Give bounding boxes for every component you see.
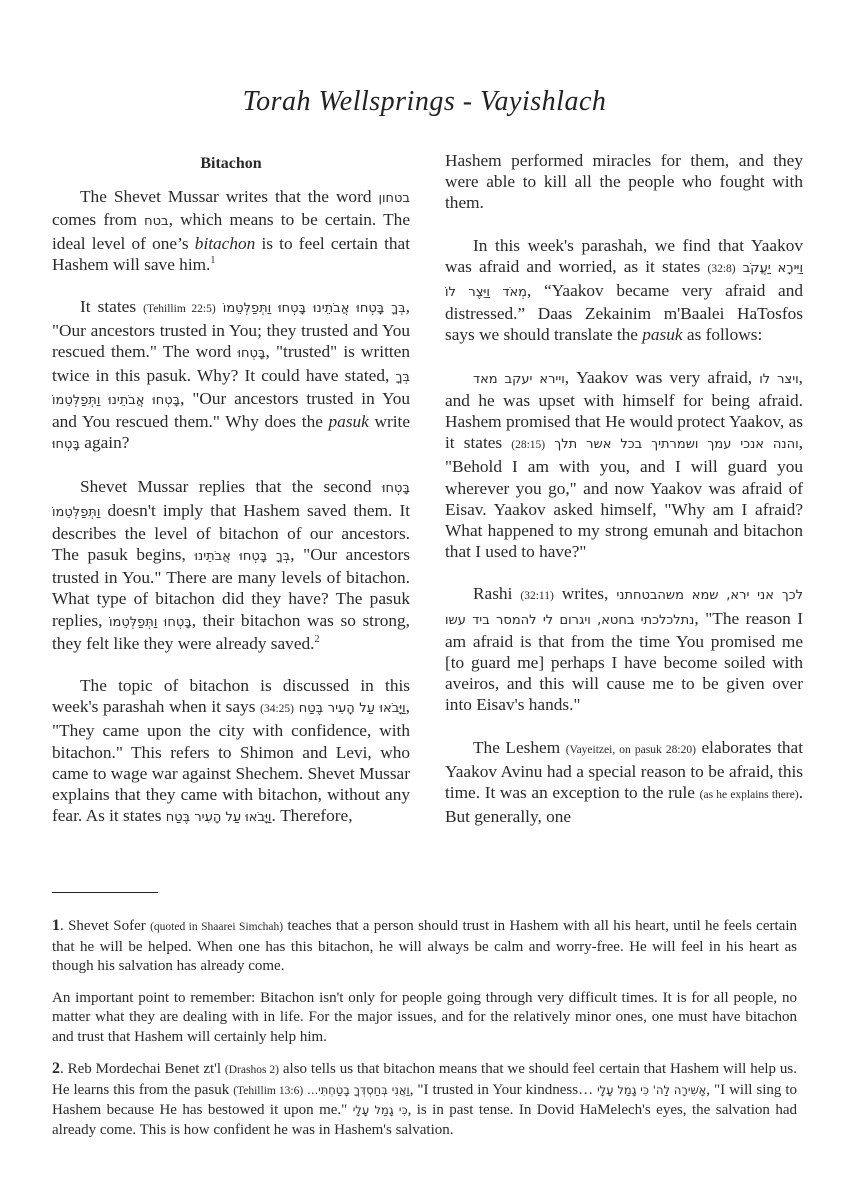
hebrew-text: בטח bbox=[144, 214, 168, 229]
paragraph-shevet-mussar-intro: The Shevet Mussar writes that the word ב… bbox=[52, 186, 410, 275]
hebrew-text: אָשִׁירָה לַה' כִּי גָמַל עָלָי bbox=[597, 1083, 706, 1097]
footnote-1: 1. Shevet Sofer (quoted in Shaarei Simch… bbox=[52, 916, 797, 977]
hebrew-text: בָּטְחוּ bbox=[52, 437, 80, 452]
paragraph-shimon-levi: The topic of bitachon is discussed in th… bbox=[52, 675, 410, 828]
text: , "I trusted in Your kindness… bbox=[410, 1082, 597, 1098]
paragraph-shevet-mussar-reply: Shevet Mussar replies that the second בָ… bbox=[52, 476, 410, 654]
text: write bbox=[369, 412, 410, 431]
hebrew-text: בטחון bbox=[378, 191, 410, 206]
text: Shevet Mussar replies that the second bbox=[80, 477, 382, 496]
text: , "They came upon the city with confiden… bbox=[52, 697, 410, 825]
source-citation: (as he explains there) bbox=[700, 789, 799, 801]
source-citation: (32:11) bbox=[520, 590, 553, 602]
source-citation: (32:8) bbox=[708, 263, 736, 275]
text: , Yaakov was very afraid, bbox=[565, 368, 759, 387]
paragraph-rashi: Rashi (32:11) writes, לכך אני ירא, שמא מ… bbox=[445, 583, 803, 715]
paragraph-yaakov-afraid: In this week's parashah, we find that Ya… bbox=[445, 235, 803, 346]
text: The Shevet Mussar writes that the word bbox=[80, 187, 378, 206]
right-column: Hashem performed miracles for them, and … bbox=[445, 150, 803, 848]
hebrew-text: ויצר לו bbox=[759, 372, 798, 387]
italic-term: pasuk bbox=[329, 412, 369, 431]
hebrew-text: והנה אנכי עמך ושמרתיך בכל אשר תלך bbox=[554, 437, 798, 452]
text: The Leshem bbox=[473, 738, 566, 757]
footnote-number: 1 bbox=[52, 917, 60, 934]
footnote-divider bbox=[52, 892, 158, 893]
left-column: Bitachon The Shevet Mussar writes that t… bbox=[52, 150, 410, 849]
text: . Shevet Sofer bbox=[60, 918, 150, 934]
hebrew-text: בְּךָ בָּטְחוּ אֲבֹתֵינוּ בָּטְחוּ וַתְּ… bbox=[223, 301, 406, 316]
text: . Reb Mordechai Benet zt'l bbox=[60, 1061, 225, 1077]
section-heading: Bitachon bbox=[52, 153, 410, 174]
hebrew-text: וַיָּבֹאוּ עַל הָעִיר בֶּטַח bbox=[299, 701, 406, 716]
hebrew-text: וַיָּבֹאוּ עַל הָעִיר בֶּטַח bbox=[166, 810, 272, 825]
hebrew-text: בְּךָ בָּטְחוּ אֲבֹתֵינוּ bbox=[194, 549, 290, 564]
source-citation: (Drashos 2) bbox=[225, 1064, 279, 1076]
hebrew-text: בָּטְחוּ וַתְּפַלְּטֵמוֹ bbox=[109, 615, 192, 630]
footnote-ref-1[interactable]: 1 bbox=[210, 255, 215, 266]
text: again? bbox=[80, 433, 129, 452]
footnote-2: 2. Reb Mordechai Benet zt'l (Drashos 2) … bbox=[52, 1059, 797, 1140]
footnote-ref-2[interactable]: 2 bbox=[314, 634, 319, 645]
source-citation: (28:15) bbox=[511, 439, 545, 451]
footnote-number: 2 bbox=[52, 1060, 60, 1077]
source-citation: (Vayeitzei, on pasuk 28:20) bbox=[566, 744, 696, 756]
hebrew-text: ויירא יעקב מאד bbox=[473, 372, 565, 387]
source-citation: (Tehillim 13:6) bbox=[233, 1085, 303, 1097]
text: It states bbox=[80, 297, 143, 316]
hebrew-text: בָּטְחוּ bbox=[238, 346, 266, 361]
text: . Therefore, bbox=[271, 806, 352, 825]
paragraph-continuation: Hashem performed miracles for them, and … bbox=[445, 150, 803, 214]
source-citation: (34:25) bbox=[260, 703, 294, 715]
source-citation: (Tehillim 22:5) bbox=[143, 303, 216, 315]
paragraph-leshem: The Leshem (Vayeitzei, on pasuk 28:20) e… bbox=[445, 737, 803, 828]
text: comes from bbox=[52, 210, 144, 229]
hebrew-text: כִּי גָמַל עָלָי bbox=[353, 1103, 408, 1117]
footnotes-section: 1. Shevet Sofer (quoted in Shaarei Simch… bbox=[52, 916, 797, 1152]
text: Rashi bbox=[473, 584, 520, 603]
hebrew-text: וַאֲנִי בְּחַסְדְּךָ בָטַחְתִּי... bbox=[307, 1083, 410, 1097]
page-title: Torah Wellsprings - Vayishlach bbox=[0, 86, 849, 118]
text: writes, bbox=[554, 584, 617, 603]
italic-term: pasuk bbox=[642, 325, 682, 344]
text: , "Behold I am with you, and I will guar… bbox=[445, 433, 803, 561]
source-citation: (quoted in Shaarei Simchah) bbox=[150, 921, 283, 933]
italic-term: bitachon bbox=[195, 234, 255, 253]
paragraph-tehillim-quote: It states (Tehillim 22:5) בְּךָ בָּטְחוּ… bbox=[52, 296, 410, 455]
footnote-1-continuation: An important point to remember: Bitachon… bbox=[52, 989, 797, 1048]
paragraph-translation: ויירא יעקב מאד, Yaakov was very afraid, … bbox=[445, 367, 803, 563]
text: as follows: bbox=[683, 325, 763, 344]
